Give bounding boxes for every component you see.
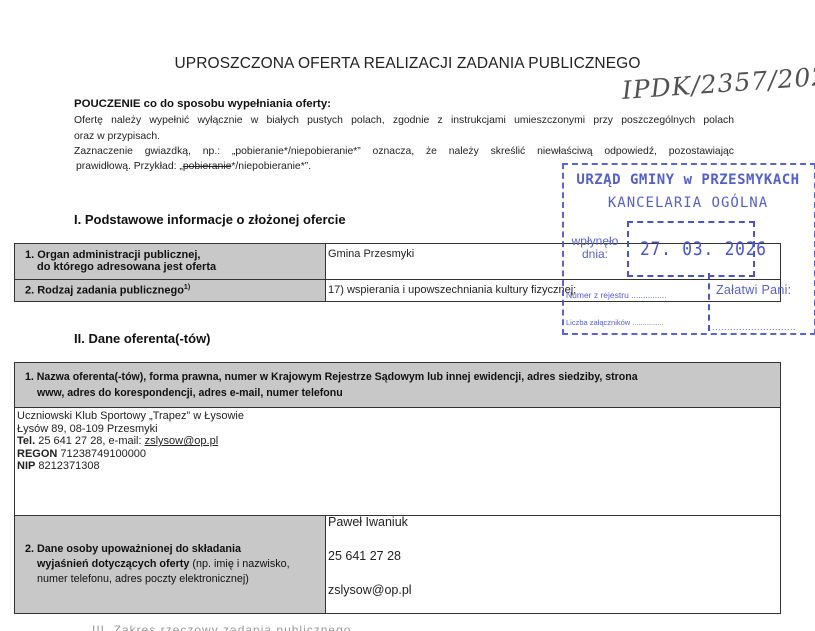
task-type-label: 2. Rodzaj zadania publicznego1) <box>15 280 326 302</box>
organ-label-line-1: 1. Organ administracji publicznej, <box>25 249 325 261</box>
offeror-regon: REGON 71238749100000 <box>17 448 780 461</box>
stamp-received-date: 27. 03. 2026 <box>640 238 767 260</box>
stamp-divider <box>708 273 710 331</box>
tel-value: 25 641 27 28, e-mail: <box>35 435 144 447</box>
task-type-label-text: 2. Rodzaj zadania publicznego <box>25 285 184 297</box>
offeror-address: Łysów 89, 08-109 Przesmyki <box>17 423 780 436</box>
section-2-table: 1. Nazwa oferenta(-tów), forma prawna, n… <box>14 362 781 614</box>
offeror-label-line-2: www, adres do korespondencji, adres e-ma… <box>25 385 780 401</box>
stamp-register-number: Numer z rejestru ............... <box>566 290 667 300</box>
table-row-authorized-person: 2. Dane osoby upoważnionej do składania … <box>15 516 781 614</box>
offeror-contact: Tel. 25 641 27 28, e-mail: zslysow@op.pl <box>17 435 780 448</box>
table-row-offeror-details: Uczniowski Klub Sportowy „Trapez” w Łyso… <box>15 408 781 516</box>
instructions-example-prefix: prawidłową. Przykład: „ <box>76 161 183 172</box>
section-1-heading: I. Podstawowe informacje o złożonej ofer… <box>74 212 346 227</box>
offeror-nip: NIP 8212371308 <box>17 460 780 473</box>
offeror-org-name: Uczniowski Klub Sportowy „Trapez” w Łyso… <box>17 410 780 423</box>
instructions-heading: POUCZENIE co do sposobu wypełniania ofer… <box>74 97 734 112</box>
regon-value: 71238749100000 <box>57 448 146 460</box>
authorized-person-name: Paweł Iwaniuk <box>328 514 780 531</box>
organ-label-line-2: do którego adresowana jest oferta <box>25 261 325 273</box>
organ-label: 1. Organ administracji publicznej, do kt… <box>15 244 326 280</box>
authorized-label-line-2-normal: (np. imię i nazwisko, <box>189 558 289 570</box>
nip-value: 8212371308 <box>35 460 99 472</box>
offeror-details[interactable]: Uczniowski Klub Sportowy „Trapez” w Łyso… <box>15 408 781 516</box>
authorized-person-value[interactable]: Paweł Iwaniuk 25 641 27 28 zslysow@op.pl <box>326 516 781 614</box>
instructions-line-1: Ofertę należy wypełnić wyłącznie w biały… <box>74 113 734 128</box>
tel-label: Tel. <box>17 435 35 447</box>
stamp-handled-by: Załatwi Pani: <box>716 283 791 297</box>
authorized-person-email: zslysow@op.pl <box>328 582 780 599</box>
stamp-received-label-2: dnia: <box>565 248 625 261</box>
instructions-example-struck: pobieranie <box>183 161 232 172</box>
regon-label: REGON <box>17 448 57 460</box>
instructions-line-3: Zaznaczenie gwiazdką, np.: „pobieranie*/… <box>74 144 734 159</box>
stamp-attachments-count: Liczba załączników ............... <box>566 318 664 327</box>
authorized-label-line-3: numer telefonu, adres poczty elektronicz… <box>25 572 325 587</box>
nip-label: NIP <box>17 460 35 472</box>
stamp-office-name: URZĄD GMINY w PRZESMYKACH <box>562 172 814 188</box>
offeror-name-label: 1. Nazwa oferenta(-tów), forma prawna, n… <box>15 363 781 408</box>
stamp-received-label: wpłynęło dnia: <box>565 235 625 261</box>
authorized-person-phone: 25 641 27 28 <box>328 548 780 565</box>
footnote-marker: 1) <box>184 284 190 291</box>
offeror-email-link[interactable]: zslysow@op.pl <box>145 435 219 447</box>
stamp-signature-line: ............................ <box>712 322 796 332</box>
offeror-label-line-1: 1. Nazwa oferenta(-tów), forma prawna, n… <box>25 369 780 385</box>
authorized-person-label: 2. Dane osoby upoważnionej do składania … <box>15 516 326 614</box>
stamp-department: KANCELARIA OGÓLNA <box>562 195 814 211</box>
section-3-heading-partial: III. Zakres rzeczowy zadania publicznego <box>92 623 351 631</box>
section-2-heading: II. Dane oferenta(-tów) <box>74 331 211 346</box>
instructions-line-2: oraz w przypisach. <box>74 129 734 144</box>
instructions-example-suffix: */niepobieranie*”. <box>231 161 311 172</box>
authorized-label-line-2-bold: wyjaśnień dotyczących oferty <box>37 558 189 570</box>
authorized-label-line-1: 2. Dane osoby upoważnionej do składania <box>25 542 325 557</box>
table-row-offeror-header: 1. Nazwa oferenta(-tów), forma prawna, n… <box>15 363 781 408</box>
